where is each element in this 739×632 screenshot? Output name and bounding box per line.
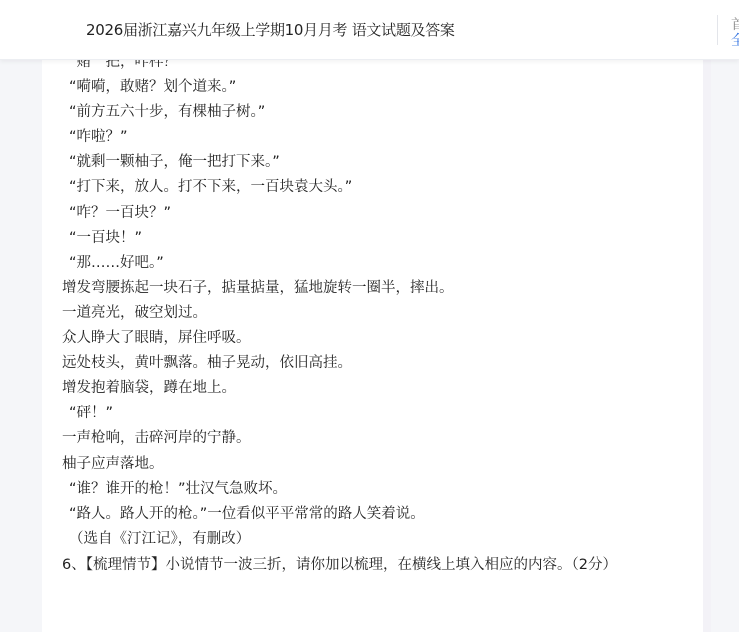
passage-line: “前方五六十步，有棵柚子树。” bbox=[62, 100, 702, 125]
passage-line: “砰！” bbox=[62, 401, 702, 426]
document-title: 2026届浙江嘉兴九年级上学期10月月考 语文试题及答案 bbox=[86, 19, 455, 40]
all-link[interactable]: 全 bbox=[731, 30, 739, 50]
passage-line: “嗬嗬，敢赌？划个道来。” bbox=[62, 75, 702, 100]
passage-line: 一道亮光，破空划过。 bbox=[62, 301, 702, 326]
passage-text: “赌一把，咋样？”“嗬嗬，敢赌？划个道来。”“前方五六十步，有棵柚子树。”“咋啦… bbox=[62, 50, 702, 578]
passage-line: 柚子应声落地。 bbox=[62, 452, 702, 477]
passage-line: 一声枪响，击碎河岸的宁静。 bbox=[62, 426, 702, 451]
passage-line: “咋啦？” bbox=[62, 125, 702, 150]
passage-line: “那……好吧。” bbox=[62, 251, 702, 276]
passage-line: （选自《汀江记》，有删改） bbox=[62, 527, 702, 552]
passage-line: “谁？谁开的枪！”壮汉气急败坏。 bbox=[62, 477, 702, 502]
page-header: 2026届浙江嘉兴九年级上学期10月月考 语文试题及答案 首 全 bbox=[0, 0, 739, 60]
question-6: 6、【梳理情节】小说情节一波三折，请你加以梳理，在横线上填入相应的内容。（2分） bbox=[62, 553, 702, 578]
passage-line: “打下来，放人。打不下来，一百块袁大头。” bbox=[62, 175, 702, 200]
passage-line: 众人睁大了眼睛，屏住呼吸。 bbox=[62, 326, 702, 351]
passage-line: 增发抱着脑袋，蹲在地上。 bbox=[62, 376, 702, 401]
passage-line: “咋？一百块？” bbox=[62, 201, 702, 226]
scrollbar-track[interactable] bbox=[703, 60, 711, 632]
passage-line: 增发弯腰拣起一块石子，掂量掂量，猛地旋转一圈半，摔出。 bbox=[62, 276, 702, 301]
passage-line: 远处枝头，黄叶飘落。柚子晃动，依旧高挂。 bbox=[62, 351, 702, 376]
passage-line: “一百块！” bbox=[62, 226, 702, 251]
header-divider bbox=[717, 15, 718, 45]
passage-line: “就剩一颗柚子，俺一把打下来。” bbox=[62, 150, 702, 175]
passage-line: “路人。路人开的枪。”一位看似平平常常的路人笑着说。 bbox=[62, 502, 702, 527]
